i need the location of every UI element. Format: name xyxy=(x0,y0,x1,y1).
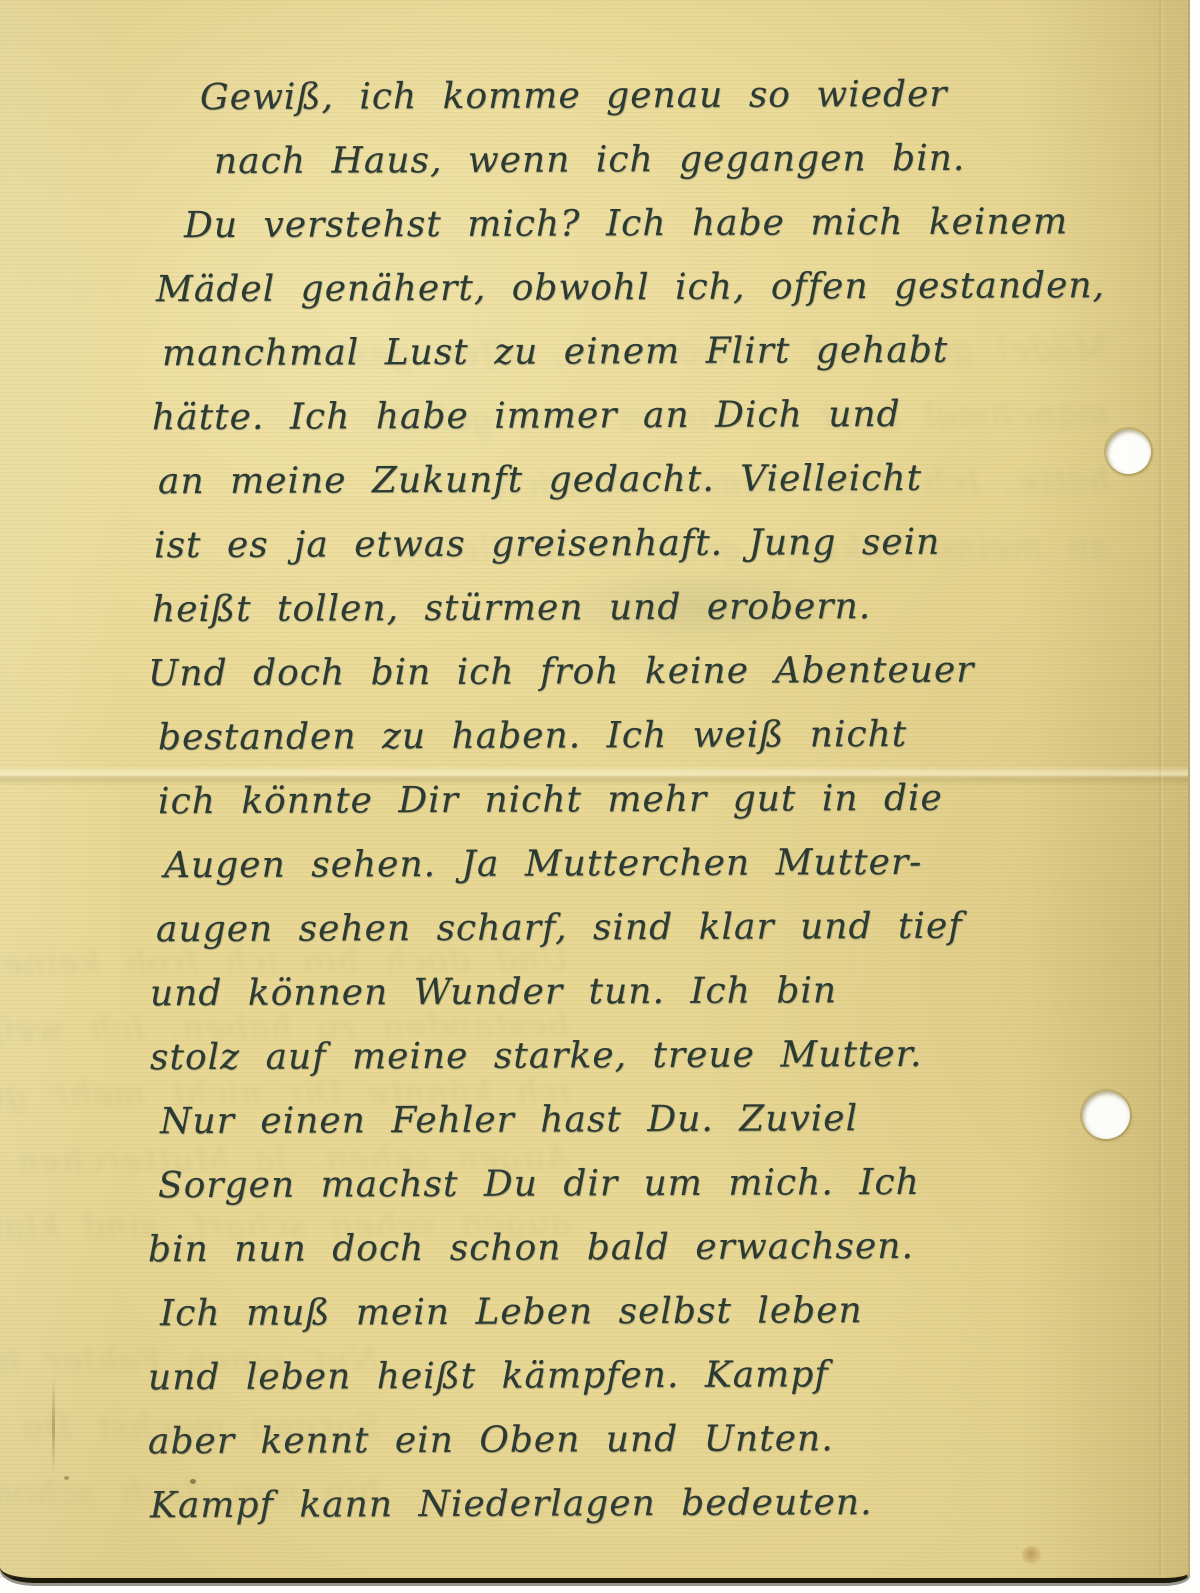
letter-line: und leben heißt kämpfen. Kampf xyxy=(148,1342,1158,1410)
letter-line: ich könnte Dir nicht mehr gut in die xyxy=(158,766,1158,834)
letter-line: Kampf kann Niederlagen bedeuten. xyxy=(150,1470,1158,1538)
letter-line: und können Wunder tun. Ich bin xyxy=(150,958,1158,1026)
vertical-crease xyxy=(52,1378,55,1473)
vertical-crease xyxy=(1158,0,1163,1578)
letter-line: Gewiß, ich komme genau so wieder xyxy=(200,62,1158,130)
letter-line: Du verstehst mich? Ich habe mich keinem xyxy=(184,190,1158,258)
punch-hole-bottom xyxy=(1082,1091,1130,1139)
letter-line: Augen sehen. Ja Mutterchen Mutter- xyxy=(164,830,1158,898)
letter-line: Nur einen Fehler hast Du. Zuviel xyxy=(160,1086,1158,1154)
letter-line: ist es ja etwas greisenhaft. Jung sein xyxy=(154,510,1158,578)
ink-speck xyxy=(64,1476,69,1480)
letter-line: Ich muß mein Leben selbst leben xyxy=(160,1278,1158,1346)
scan-background: Mädel genähert, obwohl ich, offen gestan… xyxy=(0,0,1200,1593)
letter-line: heißt tollen, stürmen und erobern. xyxy=(152,574,1158,642)
letter-text: Gewiß, ich komme genau so wieder nach Ha… xyxy=(148,64,1158,1536)
letter-line: aber kennt ein Oben und Unten. xyxy=(148,1406,1158,1474)
punch-hole-top xyxy=(1106,429,1151,474)
letter-line: hätte. Ich habe immer an Dich und xyxy=(152,382,1158,450)
letter-line: bestanden zu haben. Ich weiß nicht xyxy=(158,702,1158,770)
paper-stain xyxy=(1022,1546,1042,1564)
letter-line: Sorgen machst Du dir um mich. Ich xyxy=(158,1150,1158,1218)
letter-line: manchmal Lust zu einem Flirt gehabt xyxy=(162,318,1158,386)
letter-line: nach Haus, wenn ich gegangen bin. xyxy=(214,126,1158,194)
letter-line: augen sehen scharf, sind klar und tief xyxy=(156,894,1158,962)
paper-sheet: Mädel genähert, obwohl ich, offen gestan… xyxy=(0,0,1190,1583)
letter-line: Mädel genähert, obwohl ich, offen gestan… xyxy=(156,254,1158,322)
letter-line: stolz auf meine starke, treue Mutter. xyxy=(150,1022,1158,1090)
letter-line: bin nun doch schon bald erwachsen. xyxy=(148,1214,1158,1282)
letter-line: Und doch bin ich froh keine Abenteuer xyxy=(148,638,1158,706)
letter-line: an meine Zukunft gedacht. Vielleicht xyxy=(158,446,1158,514)
